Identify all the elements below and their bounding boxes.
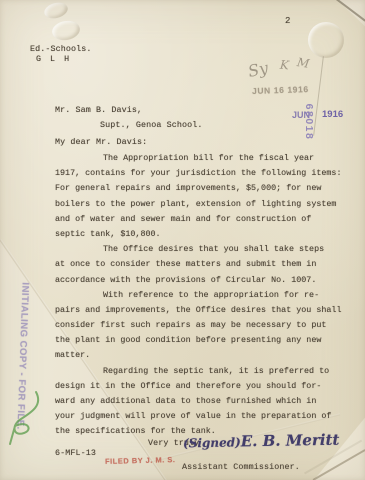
body-line: pairs and improvements, the Office desir…	[55, 303, 350, 318]
body-line: at once to consider these matters and su…	[55, 257, 350, 272]
body-line: 1917, contains for your jurisdiction the…	[55, 166, 350, 181]
corner-edge-line	[336, 0, 365, 21]
body-line: consider first such repairs as may be ne…	[55, 318, 350, 333]
signature-stamp: (Signed)E. B. Meritt	[183, 430, 340, 452]
body-line: the plant in good condition before prese…	[55, 333, 350, 348]
body-line: design it in the Office and therefore yo…	[55, 379, 350, 394]
emboss-seal	[308, 22, 344, 58]
signed-name: E. B. Meritt	[241, 431, 340, 451]
body-line: boilers to the power plant, extension of…	[55, 197, 350, 212]
pencil-mark-m: M	[296, 55, 310, 71]
date-stamp-year: 1916	[322, 109, 343, 120]
body-line: your judgment will prove of value in the…	[55, 409, 350, 424]
date-received-stamp-gray: JUN 16 1916	[252, 84, 309, 96]
body-line: For general repairs and improvements, $5…	[55, 181, 350, 196]
file-code: 6-MFL-13	[55, 448, 96, 458]
page-number: 2	[285, 16, 291, 26]
pencil-mark-sy: Sy	[246, 58, 270, 81]
body-line: The Appropriation bill for the fiscal ye…	[55, 151, 350, 166]
recipient-title: Supt., Genoa School.	[100, 120, 203, 130]
body-line: septic tank, $10,800.	[55, 227, 350, 242]
file-number-stamp: 68018	[303, 97, 315, 147]
pencil-mark-k: K	[279, 58, 289, 73]
signature-title: Assistant Commissioner.	[182, 462, 300, 472]
filed-by-stamp: FILED BY J. M. S.	[105, 455, 176, 466]
salutation: My dear Mr. Davis:	[55, 137, 147, 147]
signed-prefix: (Signed)	[183, 435, 241, 450]
body-line: ward any additional data to those furnis…	[55, 394, 350, 409]
page-edge-line	[313, 449, 365, 480]
initialing-copy-stamp: INITIALING COPY - FOR FILE.	[11, 276, 31, 436]
recipient-name: Mr. Sam B. Davis,	[55, 105, 142, 115]
office-code-line1: Ed.-Schools.	[30, 44, 92, 54]
letter-body: The Appropriation bill for the fiscal ye…	[55, 151, 350, 440]
emboss-mark	[51, 19, 82, 43]
body-line: The Office desires that you shall take s…	[55, 242, 350, 257]
office-code-line2: G L H	[36, 54, 71, 64]
emboss-mark-small	[42, 0, 69, 21]
scanned-letter-page: 2 Ed.-Schools. G L H Sy K M JUN 16 1916 …	[0, 0, 365, 480]
body-line: matter.	[55, 348, 350, 363]
body-line: accordance with the provisions of Circul…	[55, 273, 350, 288]
body-line: With reference to the appropriation for …	[55, 288, 350, 303]
body-line: and of water and sewer main and for cons…	[55, 212, 350, 227]
body-line: Regarding the septic tank, it is preferr…	[55, 364, 350, 379]
